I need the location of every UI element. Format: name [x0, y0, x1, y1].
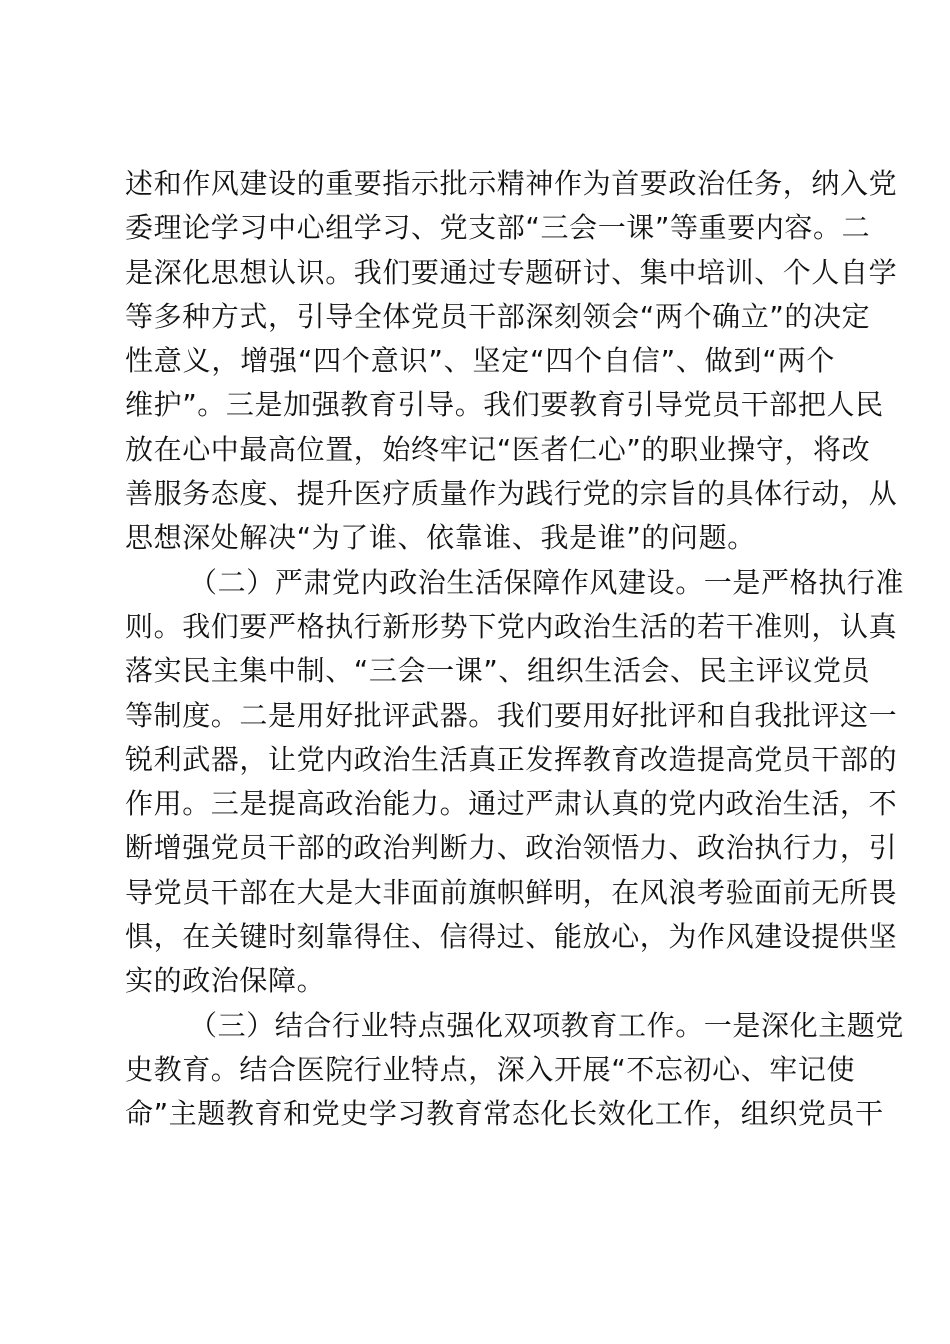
section-heading-line: （三）结合行业特点强化双项教育工作。一是深化主题党 — [125, 1004, 835, 1048]
text-line: 命”主题教育和党史学习教育常态化长效化工作，组织党员干 — [125, 1092, 835, 1136]
text-line: 述和作风建设的重要指示批示精神作为首要政治任务，纳入党 — [125, 162, 835, 206]
text-line: 等多种方式，引导全体党员干部深刻领会“两个确立”的决定 — [125, 295, 835, 339]
paragraph-section-3: （三）结合行业特点强化双项教育工作。一是深化主题党 史教育。结合医院行业特点，深… — [125, 1004, 835, 1137]
text-line: 断增强党员干部的政治判断力、政治领悟力、政治执行力，引 — [125, 826, 835, 870]
text-line: 作用。三是提高政治能力。通过严肃认真的党内政治生活，不 — [125, 782, 835, 826]
paragraph-continued: 述和作风建设的重要指示批示精神作为首要政治任务，纳入党 委理论学习中心组学习、党… — [125, 162, 835, 561]
paragraph-section-2: （二）严肃党内政治生活保障作风建设。一是严格执行准 则。我们要严格执行新形势下党… — [125, 561, 835, 1004]
text-line: 等制度。二是用好批评武器。我们要用好批评和自我批评这一 — [125, 694, 835, 738]
text-line: 则。我们要严格执行新形势下党内政治生活的若干准则，认真 — [125, 605, 835, 649]
document-page: 述和作风建设的重要指示批示精神作为首要政治任务，纳入党 委理论学习中心组学习、党… — [125, 162, 835, 1137]
text-line: 落实民主集中制、“三会一课”、组织生活会、民主评议党员 — [125, 649, 835, 693]
text-line: 维护”。三是加强教育引导。我们要教育引导党员干部把人民 — [125, 383, 835, 427]
text-line: 惧，在关键时刻靠得住、信得过、能放心，为作风建设提供坚 — [125, 915, 835, 959]
text-line: 实的政治保障。 — [125, 959, 835, 1003]
text-line: 史教育。结合医院行业特点，深入开展“不忘初心、牢记使 — [125, 1048, 835, 1092]
text-line: 锐利武器，让党内政治生活真正发挥教育改造提高党员干部的 — [125, 738, 835, 782]
text-line: 导党员干部在大是大非面前旗帜鲜明，在风浪考验面前无所畏 — [125, 871, 835, 915]
section-heading-line: （二）严肃党内政治生活保障作风建设。一是严格执行准 — [125, 561, 835, 605]
text-line: 放在心中最高位置，始终牢记“医者仁心”的职业操守，将改 — [125, 428, 835, 472]
text-line: 思想深处解决“为了谁、依靠谁、我是谁”的问题。 — [125, 516, 835, 560]
text-line: 善服务态度、提升医疗质量作为践行党的宗旨的具体行动，从 — [125, 472, 835, 516]
text-line: 性意义，增强“四个意识”、坚定“四个自信”、做到“两个 — [125, 339, 835, 383]
text-line: 委理论学习中心组学习、党支部“三会一课”等重要内容。二 — [125, 206, 835, 250]
text-line: 是深化思想认识。我们要通过专题研讨、集中培训、个人自学 — [125, 251, 835, 295]
